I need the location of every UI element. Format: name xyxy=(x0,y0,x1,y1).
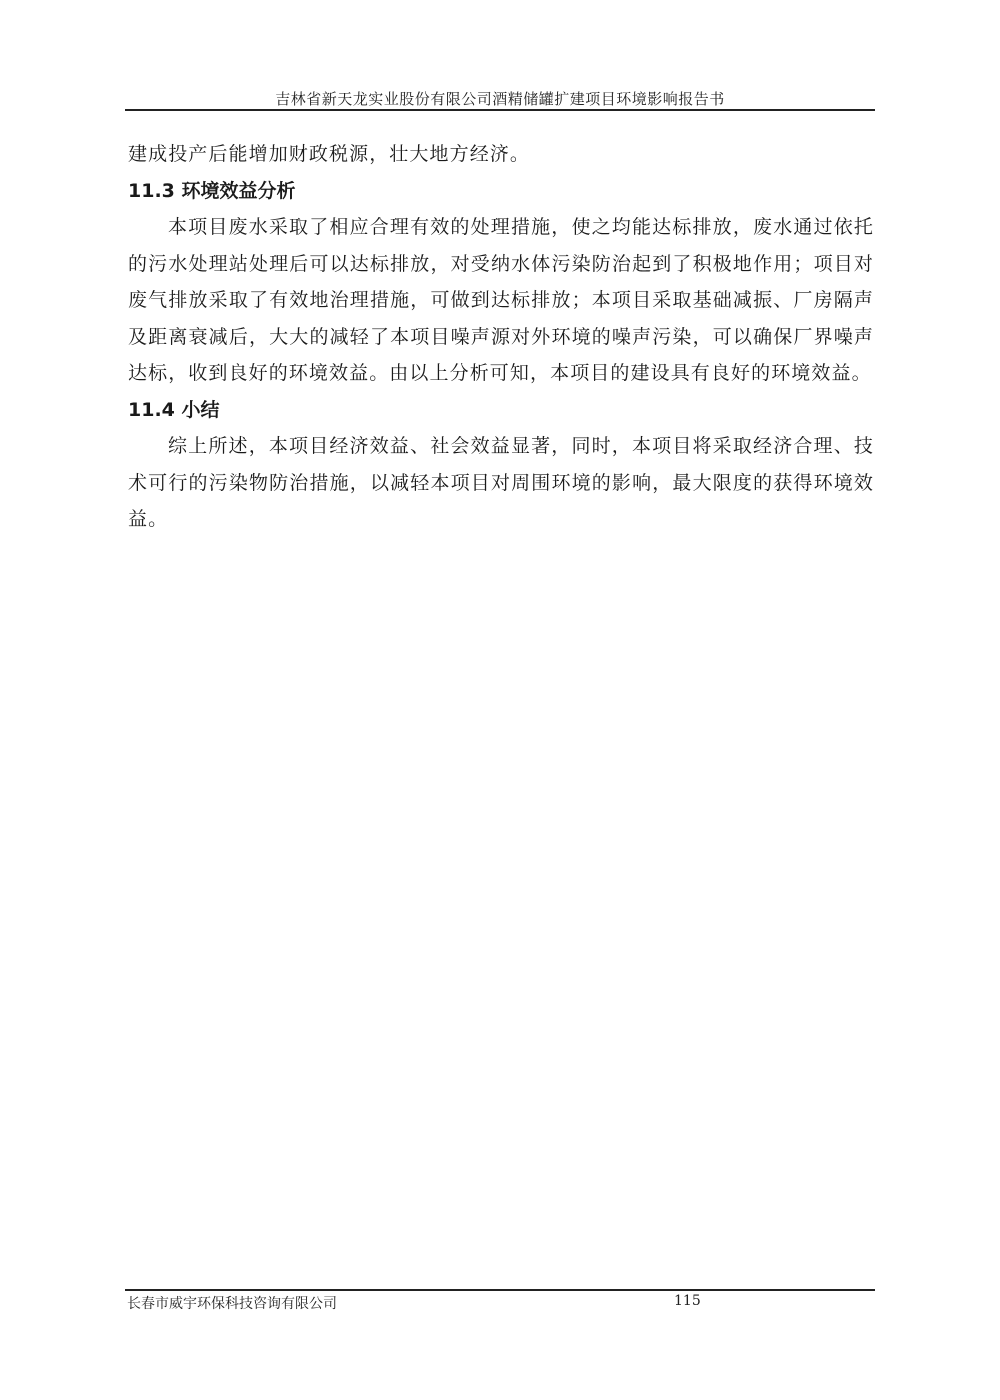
continuation-paragraph: 建成投产后能增加财政税源，壮大地方经济。 xyxy=(128,136,874,173)
running-header-title: 吉林省新天龙实业股份有限公司酒精储罐扩建项目环境影响报告书 xyxy=(125,88,875,109)
footer-company: 长春市威宇环保科技咨询有限公司 xyxy=(127,1293,337,1313)
page-body: 建成投产后能增加财政税源，壮大地方经济。 11.3 环境效益分析 本项目废水采取… xyxy=(128,136,874,538)
section-11-3-paragraph: 本项目废水采取了相应合理有效的处理措施，使之均能达标排放，废水通过依托的污水处理… xyxy=(128,209,874,392)
header-divider xyxy=(125,109,875,111)
section-heading-11-4: 11.4 小结 xyxy=(128,392,874,429)
footer-divider xyxy=(125,1289,875,1291)
section-11-4-paragraph: 综上所述，本项目经济效益、社会效益显著，同时，本项目将采取经济合理、技术可行的污… xyxy=(128,428,874,538)
section-heading-11-3: 11.3 环境效益分析 xyxy=(128,173,874,210)
page-number: 115 xyxy=(674,1293,701,1309)
